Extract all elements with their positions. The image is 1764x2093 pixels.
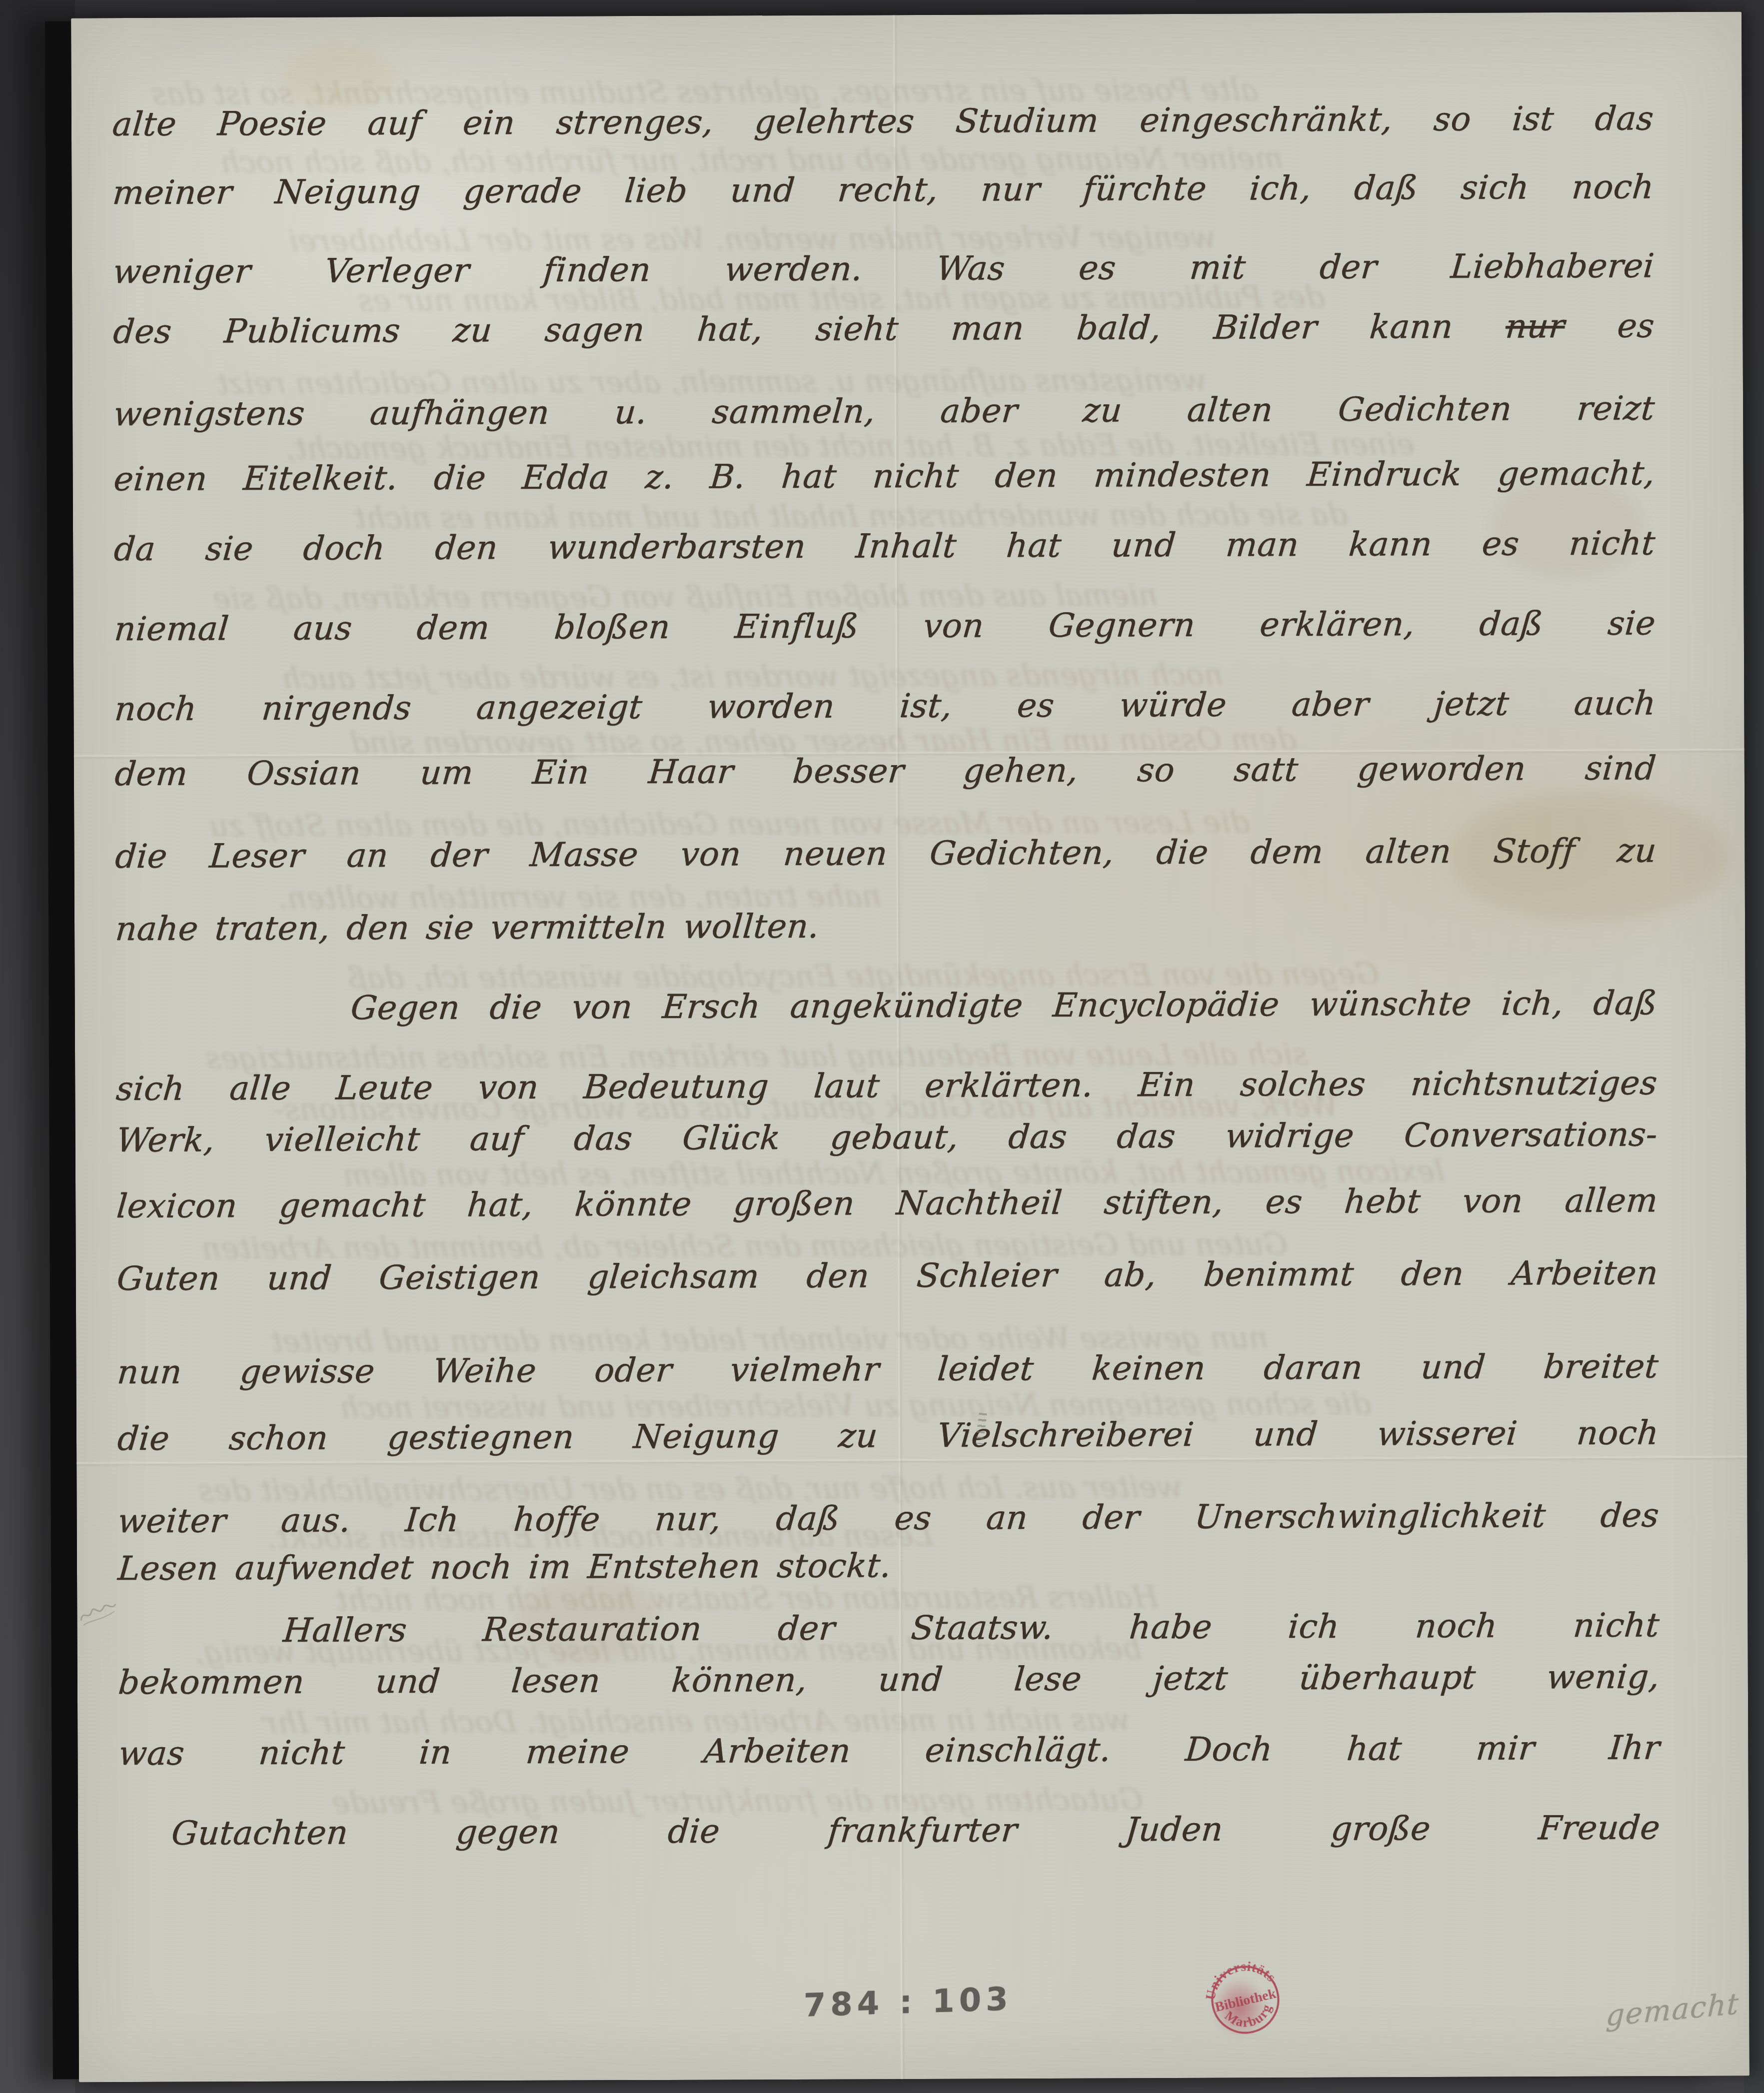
handwriting-line: nun gewisse Weihe oder vielmehr leidet k… — [114, 1337, 1661, 1405]
handwriting-line: da sie doch den wunderbarsten Inhalt hat… — [111, 514, 1658, 582]
handwriting-line: Gegen die von Ersch angekündigte Encyclo… — [348, 974, 1660, 1041]
handwriting-line: Guten und Geistigen gleichsam den Schlei… — [114, 1243, 1661, 1311]
scanned-letter-page: { "manuscript": { "script_note": "German… — [0, 0, 1764, 2093]
paper-sheet: alte Poesie auf ein strenges, gelehrtes … — [71, 12, 1750, 2083]
handwriting-line: dem Ossian um Ein Haar besser gehen, so … — [112, 739, 1659, 807]
handwriting-line: noch nirgends angezeigt worden ist, es w… — [112, 674, 1658, 742]
handwriting-layer: alte Poesie auf ein strenges, gelehrtes … — [71, 12, 1750, 2083]
handwriting-line: die Leser an der Masse von neuen Gedicht… — [112, 821, 1659, 889]
handwriting-line: bekommen und lesen können, und lese jetz… — [116, 1647, 1662, 1715]
handwriting-line: Lesen aufwendet noch im Entstehen stockt… — [115, 1536, 894, 1601]
handwriting-line: alte Poesie auf ein strenges, gelehrtes … — [110, 89, 1656, 157]
handwriting-line: nahe traten, den sie vermitteln wollten. — [113, 897, 822, 962]
handwriting-line: die schon gestiegnen Neigung zu Vielschr… — [115, 1403, 1661, 1471]
handwriting-line: wenigstens aufhängen u. sammeln, aber zu… — [111, 379, 1657, 447]
handwriting-line: weniger Verleger finden werden. Was es m… — [110, 236, 1657, 304]
handwriting-line: einen Eitelkeit. die Edda z. B. hat nich… — [111, 444, 1657, 512]
handwriting-line: meiner Neigung gerade lieb und recht, nu… — [110, 157, 1656, 225]
handwriting-line: niemal aus dem bloßen Einfluß von Gegner… — [112, 594, 1658, 662]
scanner-background-left — [0, 0, 75, 2093]
shelfmark-number: 784 : 103 — [803, 1983, 1012, 2022]
handwriting-line: Gutachten gegen die frankfurter Juden gr… — [169, 1798, 1663, 1866]
handwriting-line: Werk, vielleicht auf das Glück gebaut, d… — [114, 1105, 1660, 1173]
handwriting-line: lexicon gemacht hat, könnte großen Nacht… — [114, 1171, 1660, 1239]
strikethrough-word: nur — [1504, 307, 1567, 345]
handwriting-line: des Publicums zu sagen hat, sieht man ba… — [110, 296, 1657, 364]
handwriting-line: was nicht in meine Arbeiten einschlägt. … — [116, 1718, 1662, 1786]
